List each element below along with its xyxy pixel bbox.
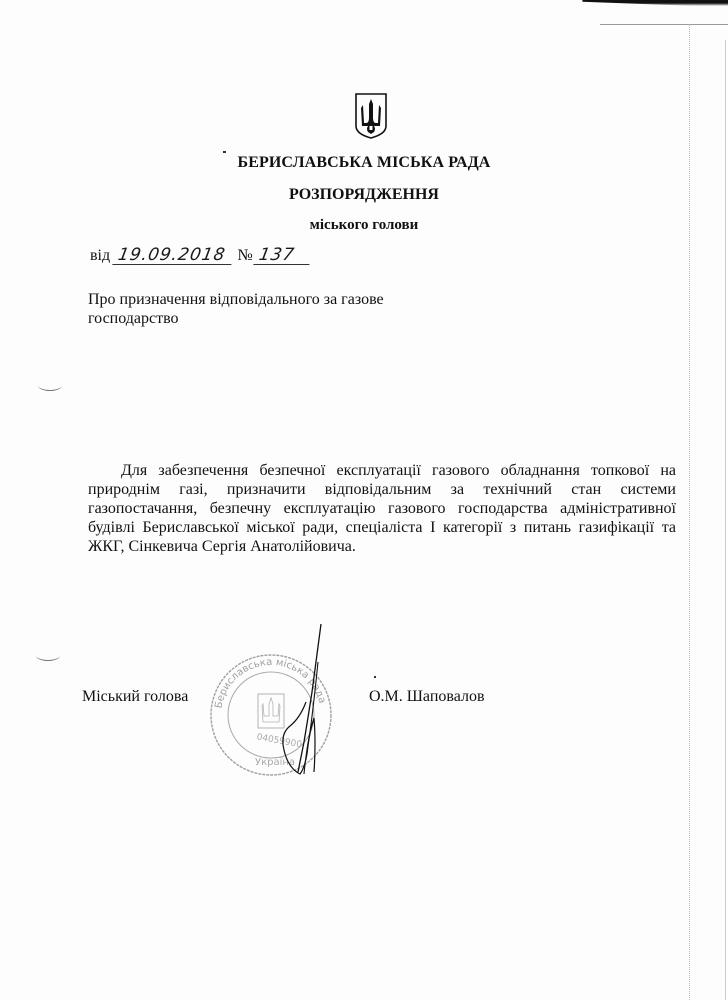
number-label: №	[237, 247, 252, 265]
scan-speck	[223, 151, 226, 153]
subject-line: господарство	[88, 309, 408, 328]
body-paragraph: Для забезпечення безпечної експлуатації …	[88, 461, 676, 556]
punch-hole-mark	[36, 650, 60, 661]
document-type: РОЗПОРЯДЖЕННЯ	[0, 186, 728, 204]
issuer: міського голови	[0, 217, 728, 234]
scan-edge-line	[600, 24, 728, 25]
subject-line: Про призначення відповідального за газов…	[88, 290, 408, 309]
scan-speck	[374, 676, 376, 678]
subject-heading: Про призначення відповідального за газов…	[88, 290, 408, 328]
signatory-name: О.М. Шаповалов	[369, 688, 485, 706]
document-page: БЕРИСЛАВСЬКА МІСЬКА РАДА РОЗПОРЯДЖЕННЯ м…	[0, 0, 728, 1000]
date-label: від	[90, 247, 110, 265]
handwritten-date: 19.09.2018	[112, 246, 235, 265]
scan-edge-shadow	[0, 0, 728, 6]
registration-line: від 19.09.2018 № 137	[90, 246, 311, 265]
ukraine-trident-coat-of-arms-icon	[354, 92, 388, 140]
scan-page-edge	[725, 40, 726, 1000]
council-name: БЕРИСЛАВСЬКА МІСЬКА РАДА	[0, 154, 728, 172]
handwritten-number: 137	[253, 246, 312, 265]
punch-hole-mark	[38, 380, 62, 391]
handwritten-signature	[270, 622, 340, 782]
signatory-role: Міський голова	[82, 688, 188, 706]
